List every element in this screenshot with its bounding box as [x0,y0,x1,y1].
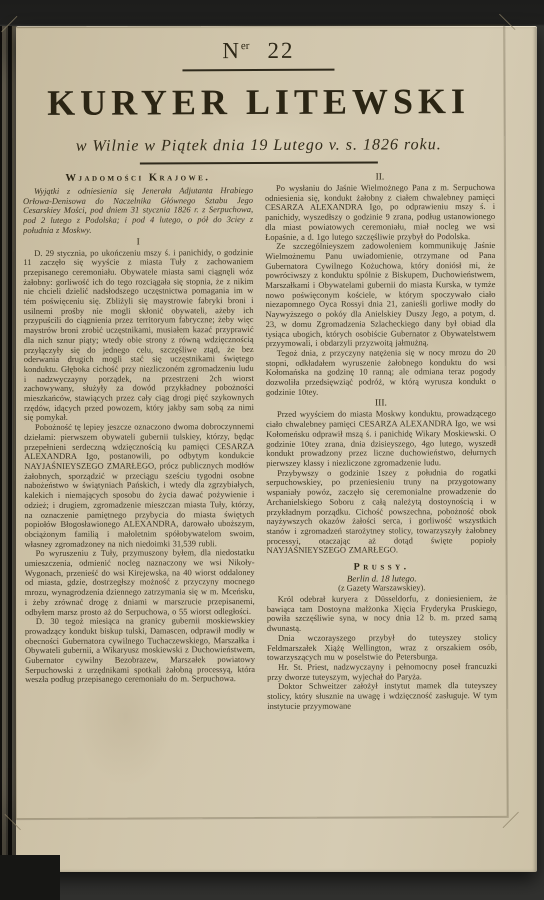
page-content: Ner22 KURYER LITEWSKI w Wilnie w Piątek … [12,25,507,819]
article-paragraph: Po wysłaniu do Jaśnie Wielmożnego Pana z… [265,183,495,242]
article-paragraph: Po wyruszeniu z Tuły, przymuszony byłem,… [25,548,255,617]
article-paragraph: Król odebrał kuryera z Düsseldorfu, z do… [267,594,497,634]
article-paragraph: Doktor Schweitzer założył instytut mamek… [267,681,497,711]
issue-number: Ner22 [21,37,495,65]
article-intro: Wyjątki z odniesienia się Jenerała Adjut… [23,186,253,236]
issue-value: 22 [267,38,294,63]
issue-superscript: er [241,40,250,52]
prussia-source: (z Gazety Warszawskiey). [267,583,497,593]
issue-prefix: N [222,38,241,63]
masthead-dateline: w Wilnie w Piątek dnia 19 Lutego v. s. 1… [22,136,496,156]
article-paragraph: Dnia wczorayszego przybył do tuteyszey s… [267,633,497,663]
printed-border-frame: Ner22 KURYER LITEWSKI w Wilnie w Piątek … [12,25,507,819]
section-heading-1: I [23,237,253,248]
masthead-rule-bottom [140,161,378,164]
article-paragraph: Pobożność tę lepiey jeszcze oznaczono dw… [24,422,255,549]
article-paragraph: Ze szczególnieyszem zadowoleniem kommuni… [265,241,495,349]
article-paragraph: D. 29 stycznia, po ukończeniu mszy ś. i … [23,248,254,424]
article-paragraph: D. 30 tegoż miesiąca na granicy gubernii… [25,616,255,685]
article-paragraph: Hr. St. Priest, nadzwyczayny i pełnomocn… [267,662,497,682]
section-title-prussia: Prussy. [267,561,497,573]
article-columns: Wjadomości Krajowe. Wyjątki z odniesieni… [22,170,499,780]
scanned-newspaper-page: Ner22 KURYER LITEWSKI w Wilnie w Piątek … [0,0,544,900]
newspaper-title: KURYER LITEWSKI [22,80,496,124]
article-paragraph: Przybywszy o godzinie 1szey z południa d… [266,468,496,556]
article-paragraph: Tegoż dnia, z przyczyny natężenia się w … [266,348,496,398]
section-title-domestic-news: Wjadomości Krajowe. [23,172,253,184]
backdrop-shadow [0,855,60,900]
masthead-rule-top [182,69,334,72]
right-column: II. Po wysłaniu do Jaśnie Wielmożnego Pa… [265,170,498,779]
article-paragraph: Przed wyyściem do miasta Moskwy konduktu… [266,409,496,468]
left-column: Wjadomości Krajowe. Wyjątki z odniesieni… [23,171,256,780]
